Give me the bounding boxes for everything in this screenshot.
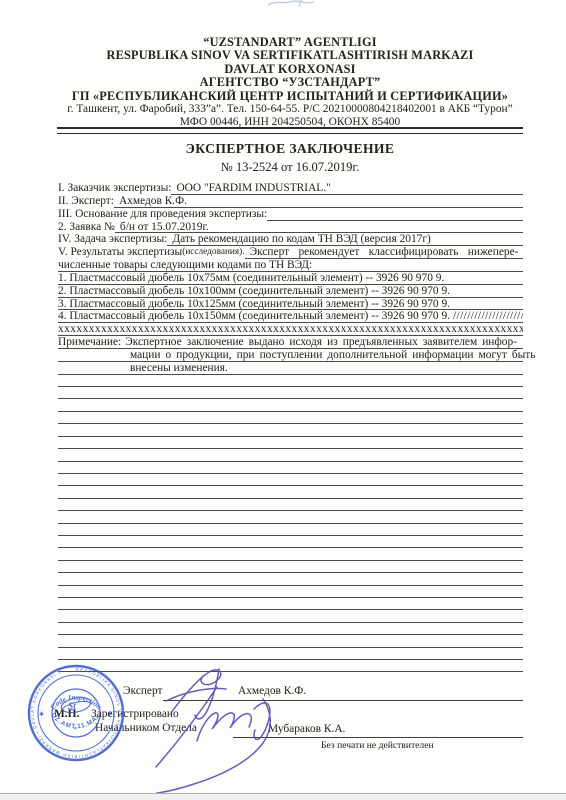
- field-application-value: б/н от 15.07.2019г.: [115, 221, 523, 234]
- stamp-star-left-icon: ✱: [39, 711, 44, 718]
- validity-disclaimer: Без печати не действителен: [321, 740, 434, 751]
- goods-item-3: 3. Пластмассовый дюбель 10х125мм (соедин…: [58, 298, 523, 311]
- document-body: I. Заказчик экспертизы: ООО "FARDIM INDU…: [58, 182, 523, 672]
- field-results-continuation: численные товары следующими кодами по ТН…: [58, 259, 523, 272]
- note-label: Примечание:: [58, 336, 121, 348]
- field-results-label-small: (исследования).: [182, 246, 244, 259]
- field-customer-label: I. Заказчик экспертизы:: [58, 182, 171, 195]
- goods-item-1: 1. Пластмассовый дюбель 10х75мм (соедини…: [58, 272, 523, 285]
- goods-item-4-text: 4. Пластмассовый дюбель 10х150мм (соедин…: [58, 310, 450, 322]
- slash-filler: //////////////////////: [450, 310, 523, 322]
- blank-ruled-line: [58, 412, 523, 424]
- expert-signature-name: Ахмедов К.Ф.: [238, 685, 306, 697]
- field-basis-value: [267, 208, 523, 221]
- expert-signature-line: [163, 680, 523, 701]
- document-number: № 13-2524 от 16.07.2019г.: [57, 160, 523, 175]
- letterhead-divider: [57, 127, 523, 134]
- expert-signature-label: Эксперт: [123, 685, 163, 697]
- field-results-label: V. Результаты экспертизы: [58, 246, 182, 259]
- x-filler-row: хххххххххххххххххххххххххххххххххххххххх…: [58, 323, 523, 336]
- blank-ruled-line: [58, 424, 523, 436]
- note-line-2: мации о продукции, при поступлении допол…: [58, 349, 523, 362]
- field-expert-label: II. Эксперт:: [58, 195, 114, 208]
- blank-ruled-line: [58, 548, 523, 560]
- blank-ruled-line: [58, 635, 523, 647]
- field-customer: I. Заказчик экспертизы: ООО "FARDIM INDU…: [58, 182, 523, 195]
- blank-ruled-line: [58, 474, 523, 486]
- note-line-3: внесены изменения.: [58, 362, 523, 375]
- blank-ruled-lines: [58, 375, 523, 673]
- blank-ruled-line: [58, 598, 523, 610]
- document-title: ЭКСПЕРТНОЕ ЗАКЛЮЧЕНИЕ: [57, 141, 523, 157]
- document-page: “UZSTANDART” AGENTLIGI RESPUBLIKA SINOV …: [0, 0, 566, 800]
- blank-ruled-line: [58, 623, 523, 635]
- goods-item-2: 2. Пластмассовый дюбель 10х100мм (соедин…: [58, 285, 523, 298]
- letterhead-line: АГЕНТСТВО “УЗСТАНДАРТ”: [57, 76, 523, 89]
- title-block: ЭКСПЕРТНОЕ ЗАКЛЮЧЕНИЕ № 13-2524 от 16.07…: [57, 141, 523, 175]
- blank-ruled-line: [58, 486, 523, 498]
- blank-ruled-line: [58, 524, 523, 536]
- round-stamp: RESPUBLIKA SINOV VA SERTIFIKATLASHTIRISH…: [24, 661, 128, 765]
- stamp-middle-ring: [38, 675, 114, 751]
- field-application: 2. Заявка № б/н от 15.07.2019г.: [58, 221, 523, 234]
- letterhead-line: RESPUBLIKA SINOV VA SERTIFIKATLASHTIRISH…: [57, 49, 523, 62]
- note-text-1: Экспертное заключение выдано исходя из п…: [121, 336, 517, 348]
- note-line-1: Примечание: Экспертное заключение выдано…: [58, 336, 523, 349]
- stamp-star-right-icon: ✱: [107, 711, 112, 718]
- field-basis-label: III. Основание для проведения экспертизы…: [58, 208, 267, 221]
- blank-ruled-line: [58, 462, 523, 474]
- letterhead: “UZSTANDART” AGENTLIGI RESPUBLIKA SINOV …: [57, 36, 523, 130]
- blank-ruled-line: [58, 511, 523, 523]
- blank-ruled-line: [58, 399, 523, 411]
- field-results-value: Эксперт рекомендует классифицировать ниж…: [245, 246, 523, 259]
- scan-bottom-edge: [0, 793, 566, 800]
- blank-ruled-line: [58, 536, 523, 548]
- blank-ruled-line: [58, 499, 523, 511]
- blank-ruled-line: [58, 648, 523, 660]
- stamp-emblem-letters: St: [68, 702, 76, 712]
- blank-ruled-line: [58, 375, 523, 387]
- letterhead-address: г. Ташкент, ул. Фаробий, 333”а”. Тел. 15…: [57, 103, 523, 116]
- head-signature-name: Мубараков К.А.: [268, 723, 345, 735]
- blank-ruled-line: [58, 573, 523, 585]
- field-task-label: IV. Задача экспертизы:: [58, 233, 167, 246]
- blank-ruled-line: [58, 437, 523, 449]
- blank-ruled-line: [58, 449, 523, 461]
- blank-ruled-line: [58, 561, 523, 573]
- field-basis: III. Основание для проведения экспертизы…: [58, 208, 523, 221]
- field-expert-value: Ахмедов К.Ф.: [114, 195, 523, 208]
- blank-ruled-line: [58, 610, 523, 622]
- letterhead-line: “UZSTANDART” AGENTLIGI: [57, 36, 523, 49]
- blank-ruled-line: [58, 586, 523, 598]
- blank-ruled-line: [58, 387, 523, 399]
- field-customer-value: ООО "FARDIM INDUSTRIAL.": [171, 182, 523, 195]
- letterhead-line: DAVLAT KORXONASI: [57, 63, 523, 76]
- top-edge-pen-mark: [268, 0, 314, 7]
- field-application-label: 2. Заявка №: [58, 221, 115, 234]
- field-task-value: Дать рекомендацию по кодам ТН ВЭД (верси…: [167, 233, 523, 246]
- goods-item-4: 4. Пластмассовый дюбель 10х150мм (соедин…: [58, 310, 523, 323]
- letterhead-line: ГП «РЕСПУБЛИКАНСКИЙ ЦЕНТР ИСПЫТАНИЙ И СЕ…: [57, 90, 523, 103]
- stamp-bottom-star-icon: ✶: [73, 726, 77, 732]
- field-results: V. Результаты экспертизы (исследования).…: [58, 246, 523, 259]
- field-task: IV. Задача экспертизы: Дать рекомендацию…: [58, 233, 523, 246]
- field-expert: II. Эксперт: Ахмедов К.Ф.: [58, 195, 523, 208]
